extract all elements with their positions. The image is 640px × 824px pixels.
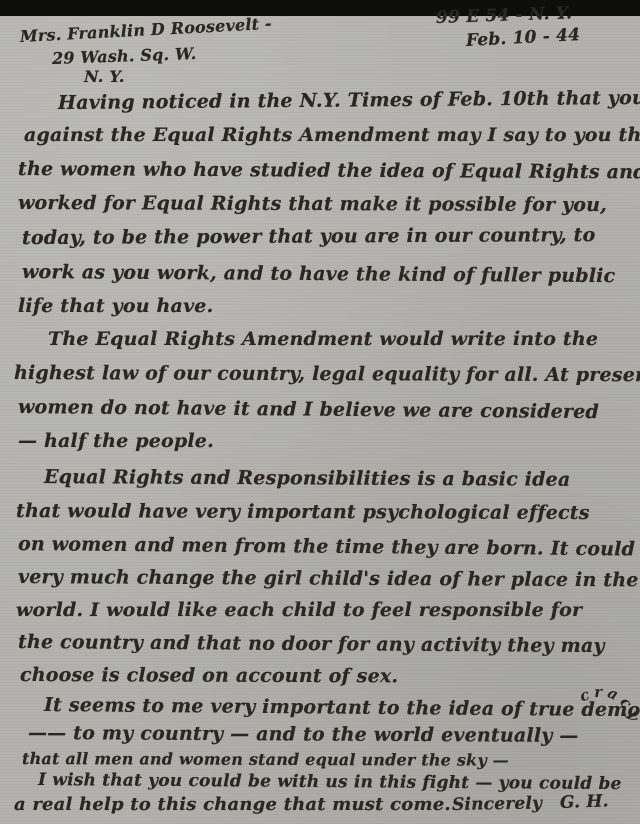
letter-line-5: today, to be the power that you are in o…: [22, 224, 596, 249]
letter-line-22: I wish that you could be with us in this…: [38, 770, 622, 794]
letter-line-1: Having noticed in the N.Y. Times of Feb.…: [58, 87, 640, 114]
letter-line-17: the country and that no door for any act…: [18, 631, 605, 657]
letter-line-4: worked for Equal Rights that make it pos…: [18, 192, 607, 216]
signature-closing: Sincerely: [452, 793, 543, 815]
letter-line-15: very much change the girl child's idea o…: [18, 566, 639, 591]
letter-line-23: a real help to this change that must com…: [14, 794, 451, 815]
letter-line-10: women do not have it and I believe we ar…: [18, 396, 599, 423]
letter-line-9: highest law of our country, legal equali…: [14, 362, 640, 386]
letter-date: Feb. 10 - 44: [465, 25, 580, 51]
letter-line-16: world. I would like each child to feel r…: [16, 599, 582, 621]
letter-line-3: the women who have studied the idea of E…: [18, 158, 640, 183]
letter-line-11: — half the people.: [18, 430, 214, 452]
letter-line-7: life that you have.: [18, 295, 213, 317]
recipient-address-line-2: 29 Wash. Sq. W.: [52, 44, 197, 68]
letter-line-8: The Equal Rights Amendment would write i…: [48, 328, 598, 350]
letter-scan: 99 E 54 - N. Y. Feb. 10 - 44 Mrs. Frankl…: [0, 0, 640, 824]
margin-curved-word: cracy: [576, 686, 640, 790]
letter-line-12: Equal Rights and Responsibilities is a b…: [44, 466, 570, 491]
recipient-address-line-3: N. Y.: [84, 67, 125, 86]
letter-line-20: —— to my country — and to the world even…: [28, 722, 579, 747]
sender-address: 99 E 54 - N. Y.: [436, 3, 573, 28]
letter-line-6: work as you work, and to have the kind o…: [22, 261, 615, 287]
signature-initials: G. H.: [560, 791, 609, 813]
letter-line-21: that all men and women stand equal under…: [22, 749, 509, 770]
letter-line-18: choose is closed on account of sex.: [20, 664, 398, 687]
svg-text:cracy: cracy: [577, 686, 640, 726]
letter-line-14: on women and men from the time they are …: [18, 533, 635, 560]
letter-line-13: that would have very important psycholog…: [16, 500, 590, 524]
letter-line-19: It seems to me very important to the ide…: [44, 694, 640, 721]
recipient-address-line-1: Mrs. Franklin D Roosevelt -: [20, 14, 273, 46]
letter-line-2: against the Equal Rights Amendment may I…: [24, 124, 640, 146]
